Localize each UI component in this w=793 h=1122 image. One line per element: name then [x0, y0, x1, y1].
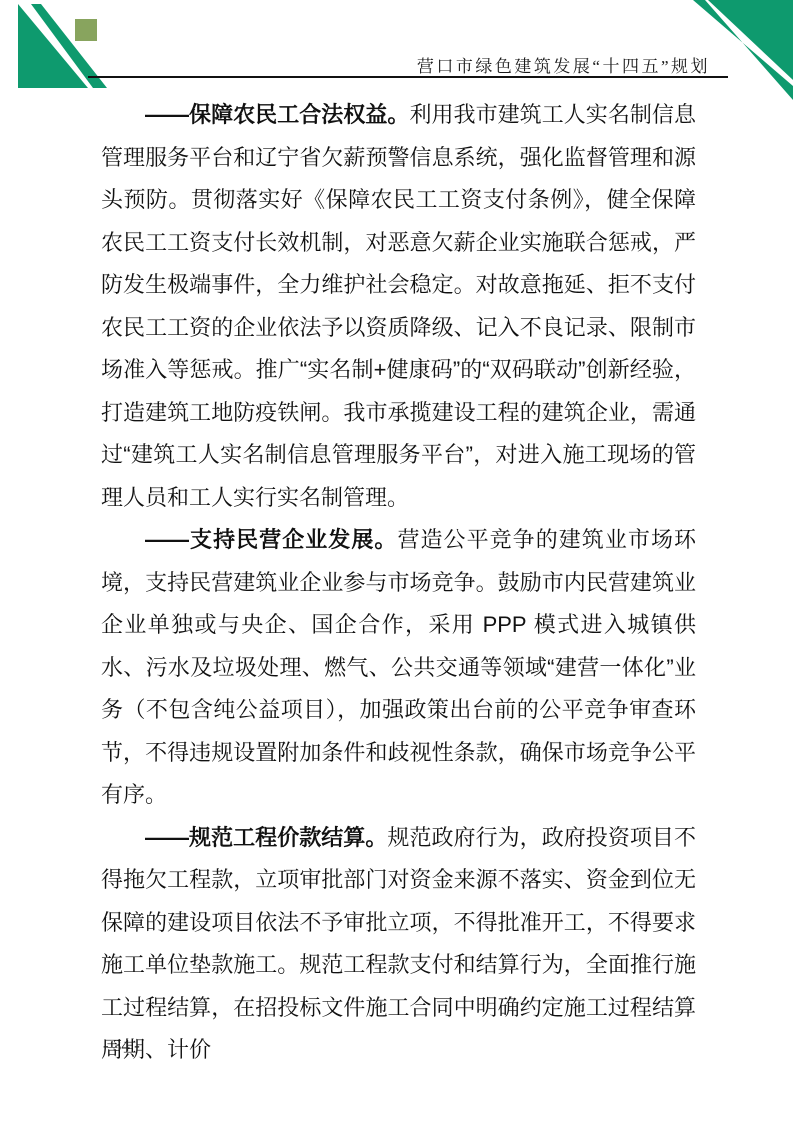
paragraph-lead: ——保障农民工合法权益。	[145, 102, 409, 127]
document-page: 营口市绿色建筑发展“十四五”规划 ——保障农民工合法权益。利用我市建筑工人实名制…	[0, 0, 793, 1122]
page-number: - 34 -	[103, 1036, 140, 1056]
header-title: 营口市绿色建筑发展“十四五”规划	[417, 52, 710, 77]
paragraph-worker-rights: ——保障农民工合法权益。利用我市建筑工人实名制信息管理服务平台和辽宁省欠薪预警信…	[101, 94, 696, 519]
paragraph-text: 利用我市建筑工人实名制信息管理服务平台和辽宁省欠薪预警信息系统，强化监督管理和源…	[101, 102, 696, 510]
paragraph-lead: ——支持民营企业发展。	[145, 527, 397, 552]
document-body: ——保障农民工合法权益。利用我市建筑工人实名制信息管理服务平台和辽宁省欠薪预警信…	[101, 94, 696, 1072]
green-square-accent-icon	[75, 19, 97, 41]
paragraph-text: 规范政府行为，政府投资项目不得拖欠工程款，立项审批部门对资金来源不落实、资金到位…	[101, 825, 696, 1063]
paragraph-private-enterprise: ——支持民营企业发展。营造公平竞争的建筑业市场环境，支持民营建筑业企业参与市场竞…	[101, 519, 696, 817]
paragraph-lead: ——规范工程价款结算。	[145, 825, 387, 850]
paragraph-text: 营造公平竞争的建筑业市场环境，支持民营建筑业企业参与市场竞争。鼓励市内民营建筑业…	[101, 527, 696, 807]
header-rule	[88, 76, 728, 78]
paragraph-project-payment: ——规范工程价款结算。规范政府行为，政府投资项目不得拖欠工程款，立项审批部门对资…	[101, 817, 696, 1072]
